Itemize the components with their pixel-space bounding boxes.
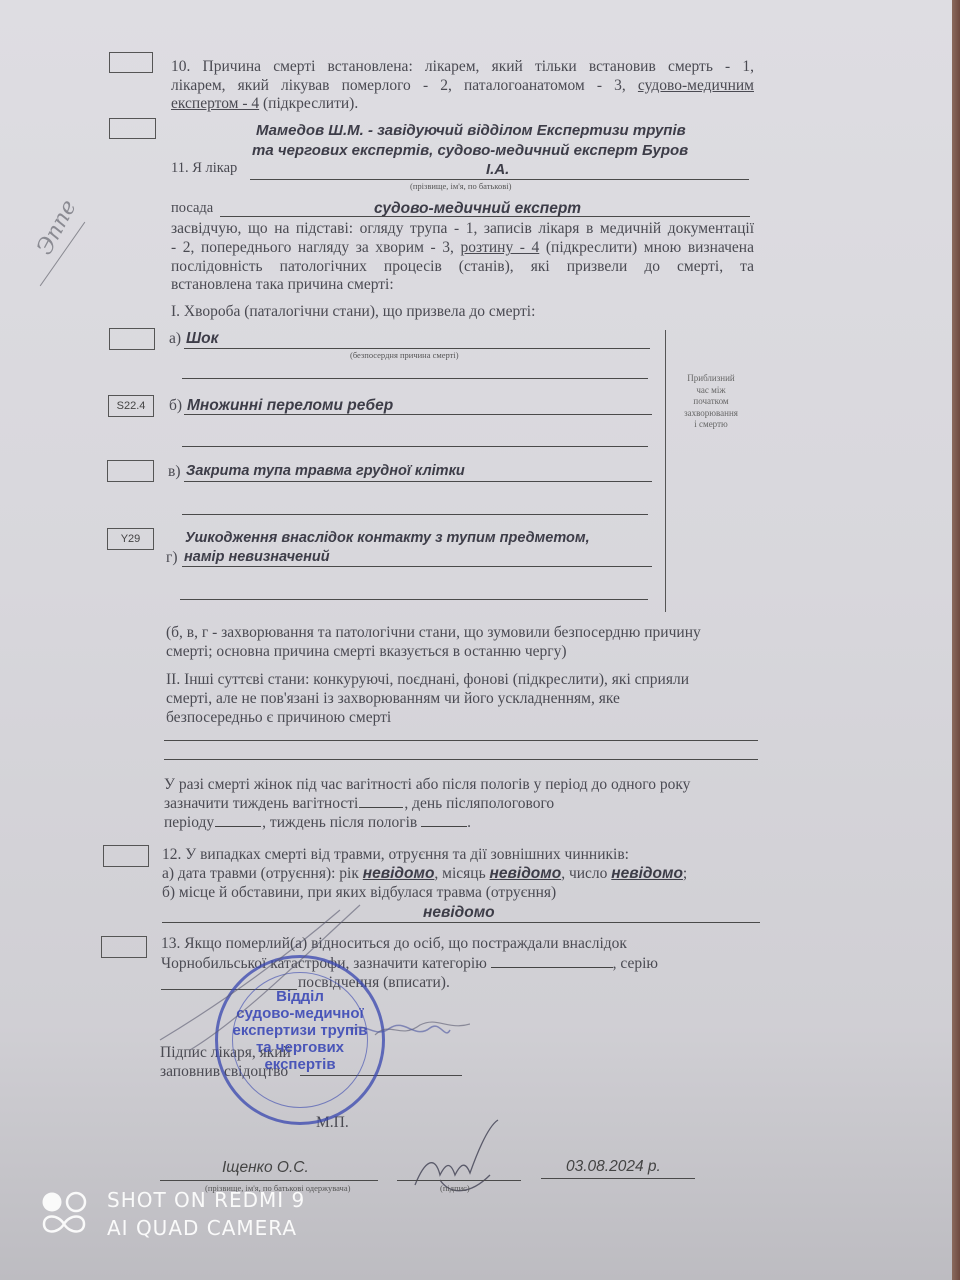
cause-b-code-box: S22.4 (108, 395, 154, 417)
item10-line1: 10. Причина смерті встановлена: лікарем,… (171, 57, 754, 76)
pregnancy-line3: періоду, тиждень після пологів . (164, 813, 471, 832)
watermark-line1: SHOT ON REDMI 9 (107, 1188, 305, 1212)
position-label: посада (171, 199, 213, 218)
certify-line4: встановлена така причина смерті: (171, 275, 394, 294)
cause-g-value-line1: Ушкодження внаслідок контакту з тупим пр… (185, 529, 590, 548)
receiver-name: Іщенко О.С. (222, 1158, 309, 1177)
interval-label-line: початком (676, 396, 746, 408)
cause-v-code-box (107, 460, 154, 482)
cause-g-line (182, 566, 652, 567)
doctor-name-line (250, 179, 749, 180)
certify-line3: послідовність патологічних процесів (ста… (171, 257, 754, 276)
injury-day-label: , число (561, 865, 611, 882)
cause-v-line2 (182, 514, 648, 515)
certify-line1: засвідчую, що на підставі: огляду трупа … (171, 219, 754, 238)
certify-line2-post: (підкреслити) мною визначена (539, 239, 754, 256)
doctor-fill-line2: та чергових експертів, судово-медичний е… (252, 141, 688, 160)
section1-title: I. Хвороба (паталогічни стани), що призв… (171, 302, 535, 321)
pregnancy-period: . (467, 814, 471, 831)
cause-a-line2 (182, 378, 648, 379)
cause-b-line (184, 414, 652, 415)
doctor-fill-line1: Мамедов Ш.М. - завідуючий відділом Експе… (256, 121, 686, 140)
doctor-signature-scribble (150, 900, 470, 1060)
cause-g-value-line2: намір невизначений (184, 548, 330, 567)
pregnancy-week-label: зазначити тиждень вагітності (164, 795, 358, 812)
chernobyl-category-blank (491, 967, 613, 968)
item10-code-box (109, 52, 153, 73)
cause-a-value: Шок (186, 329, 219, 348)
cause-g-line2 (180, 599, 648, 600)
postpartum-week-label: , тиждень після пологів (262, 814, 417, 831)
item10-line3: експертом - 4 (підкреслити). (171, 94, 358, 113)
cause-v-line (184, 481, 652, 482)
certify-line2: - 2, попереднього нагляду за хворим - 3,… (171, 238, 754, 257)
cause-g-letter: г) (166, 548, 178, 567)
section2-line2: смерті, але не пов'язані із захворювання… (166, 689, 620, 708)
cause-a-code-box (109, 328, 155, 350)
postpartum-day-label: , день післяпологового (404, 795, 554, 812)
camera-brand-icon (40, 1190, 92, 1238)
cause-v-value: Закрита тупа травма грудної клітки (186, 462, 465, 481)
item13-code-box (101, 936, 147, 958)
desk-edge (952, 0, 960, 1280)
receiver-name-line (160, 1180, 378, 1181)
doctor-fill-line3: І.А. (486, 160, 509, 179)
interval-label-line: Приблизний (676, 373, 746, 385)
item10-line2-text: лікарем, який лікував померлого - 2, пат… (171, 77, 638, 94)
item12-line1: 12. У випадках смерті від травми, отруєн… (162, 845, 629, 864)
cause-a-line (184, 348, 650, 349)
cause-a-letter: а) (169, 329, 181, 348)
pregnancy-line2: зазначити тиждень вагітності, день після… (164, 794, 554, 813)
pregnancy-line1: У разі смерті жінок під час вагітності а… (164, 775, 690, 794)
note-line1: (б, в, г - захворювання та патологічни с… (166, 623, 701, 642)
section2-fill-line2 (164, 759, 758, 760)
interval-label-line: час між (676, 385, 746, 397)
injury-year-label: а) дата травми (отруєння): рік (162, 865, 363, 882)
interval-label-line: захворювання (676, 408, 746, 420)
receiver-date-line (541, 1178, 695, 1179)
item10-underlined-expert: судово-медичним (638, 77, 754, 94)
note-line2: смерті; основна причина смерті вказуєтьс… (166, 642, 567, 661)
section2-line3: безпосередньо є причиною смерті (166, 708, 391, 727)
cause-v-letter: в) (168, 462, 180, 481)
injury-month-label: , місяць (434, 865, 489, 882)
injury-day-value: невідомо (611, 865, 683, 882)
period-label: періоду (164, 814, 214, 831)
item12-code-box (103, 845, 149, 867)
injury-date-end: ; (683, 865, 687, 882)
certify-line2-pre: - 2, попереднього нагляду за хворим - 3, (171, 239, 460, 256)
item10-line2: лікарем, який лікував померлого - 2, пат… (171, 76, 754, 95)
pregnancy-week-blank (359, 807, 403, 808)
interval-label-line: і смертю (676, 419, 746, 431)
cause-b-letter: б) (169, 396, 182, 415)
item11-code-box (109, 118, 156, 139)
chernobyl-series-label: , серію (613, 955, 658, 972)
watermark-line2: AI QUAD CAMERA (107, 1216, 297, 1240)
postpartum-day-blank (215, 826, 261, 827)
interval-label: Приблизний час між початком захворювання… (676, 373, 746, 431)
cause-b-line2 (182, 446, 648, 447)
receiver-signature-caption: (підпис) (440, 1183, 470, 1193)
postpartum-week-blank (421, 826, 467, 827)
section2-line1: II. Інші суттєві стани: конкуруючі, поєд… (166, 670, 689, 689)
certify-underlined-autopsy: розтину - 4 (460, 239, 539, 256)
item10-line3-text: (підкреслити). (259, 95, 358, 112)
item12-line2: а) дата травми (отруєння): рік невідомо,… (162, 864, 687, 883)
doctor-label: 11. Я лікар (171, 159, 237, 178)
interval-divider (665, 330, 666, 612)
injury-year-value: невідомо (363, 865, 435, 882)
receiver-date: 03.08.2024 р. (566, 1157, 661, 1176)
cause-g-code-box: Y29 (107, 528, 154, 550)
doctor-name-caption: (прізвище, ім'я, по батькові) (410, 181, 511, 191)
item10-underlined-expert-4: експертом - 4 (171, 95, 259, 112)
cause-a-caption: (безпосердня причина смерті) (350, 350, 459, 360)
position-line (220, 216, 750, 217)
section2-fill-line1 (164, 740, 758, 741)
cause-b-value: Множинні переломи ребер (187, 396, 393, 415)
injury-month-value: невідомо (490, 865, 562, 882)
receiver-signature-line (397, 1180, 521, 1181)
